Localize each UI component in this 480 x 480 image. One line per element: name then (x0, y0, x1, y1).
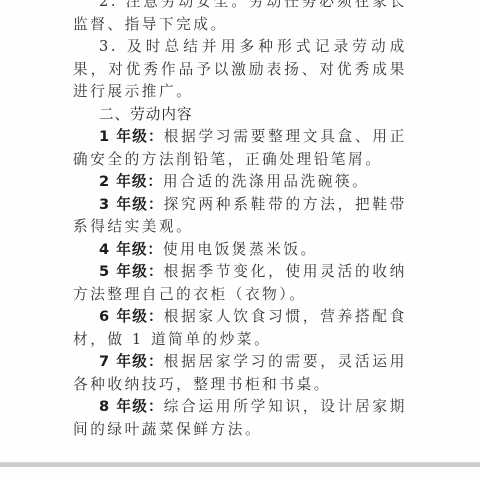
grade-label: 8 年级： (99, 398, 164, 415)
grade-item: 3 年级：探究两种系鞋带的方法，把鞋带系得结实美观。 (73, 194, 407, 239)
section-heading: 二、劳动内容 (73, 104, 407, 127)
requirement-item-2: 2. 注意劳动安全。劳动任务必须在家长监督、指导下完成。 (73, 0, 407, 36)
grade-item: 7 年级：根据居家学习的需要，灵活运用各种收纳技巧，整理书柜和书桌。 (73, 351, 407, 396)
grade-item: 6 年级：根据家人饮食习惯，营养搭配食材，做 1 道简单的炒菜。 (73, 306, 407, 351)
document-body: 2. 注意劳动安全。劳动任务必须在家长监督、指导下完成。 3. 及时总结并用多种… (73, 0, 407, 441)
grade-label: 6 年级： (99, 308, 164, 325)
grade-item: 2 年级：用合适的洗涤用品洗碗筷。 (73, 171, 407, 194)
grade-item: 5 年级：根据季节变化，使用灵活的收纳方法整理自己的衣柜（衣物）。 (73, 261, 407, 306)
grade-text: 使用电饭煲蒸米饭。 (163, 241, 318, 258)
next-page-top (0, 467, 480, 480)
document-page: 2. 注意劳动安全。劳动任务必须在家长监督、指导下完成。 3. 及时总结并用多种… (0, 0, 480, 462)
grade-label: 5 年级： (99, 263, 164, 280)
grade-item: 4 年级：使用电饭煲蒸米饭。 (73, 239, 407, 262)
grade-label: 1 年级： (99, 128, 164, 145)
grade-label: 2 年级： (99, 173, 163, 190)
grade-item: 8 年级：综合运用所学知识，设计居家期间的绿叶蔬菜保鲜方法。 (73, 396, 407, 441)
grade-label: 7 年级： (99, 353, 164, 370)
requirement-item-3: 3. 及时总结并用多种形式记录劳动成果，对优秀作品予以激励表扬、对优秀成果进行展… (73, 36, 407, 104)
grade-label: 4 年级： (99, 241, 163, 258)
grade-item: 1 年级：根据学习需要整理文具盒、用正确安全的方法削铅笔，正确处理铅笔屑。 (73, 126, 407, 171)
grade-label: 3 年级： (99, 196, 164, 213)
grade-text: 用合适的洗涤用品洗碗筷。 (163, 173, 369, 190)
